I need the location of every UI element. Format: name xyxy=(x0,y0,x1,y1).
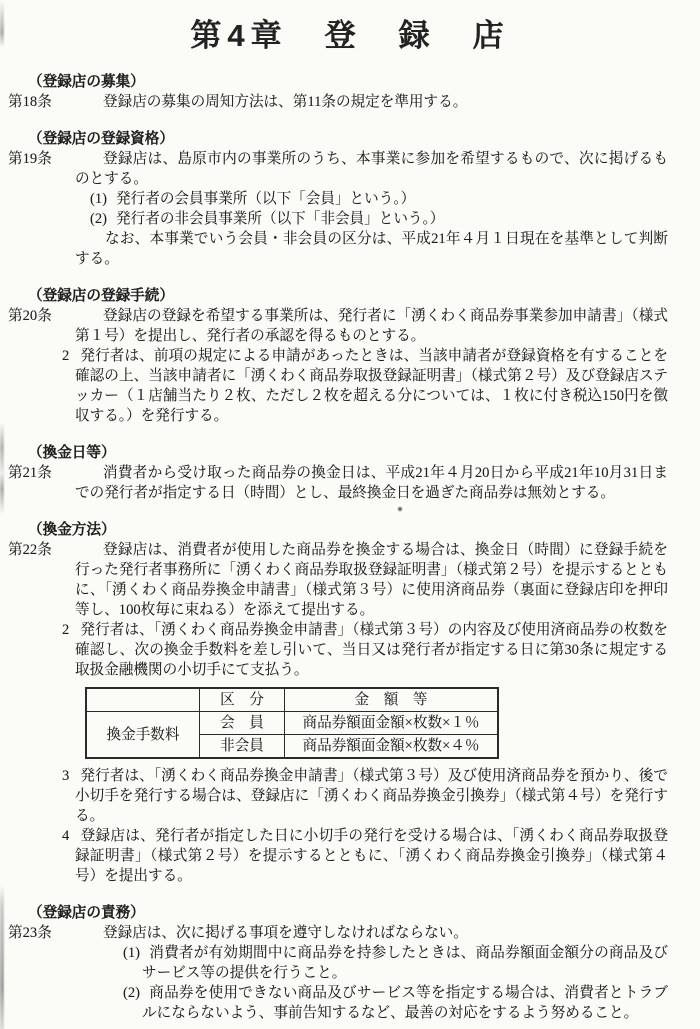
table-row-label: 換金手数料 xyxy=(86,712,200,759)
subparagraph-text: 発行者は、前項の規定による申請があったときは、当該申請者が登録資格を有することを… xyxy=(75,348,668,424)
article-body: 登録店は、島原市内の事業所のうち、本事業に参加を希望するもので、次に掲げるものと… xyxy=(75,149,668,269)
article-22: 第22条 登録店は、消費者が使用した商品券を換金する場合は、換金日（時間）に登録… xyxy=(0,540,700,886)
scan-artifact-dot xyxy=(398,507,402,511)
item-number: (2) xyxy=(123,985,140,1001)
paragraph: 登録店の募集の周知方法は、第11条の規定を準用する。 xyxy=(75,92,668,112)
table-cell-amount: 商品券額面金額×枚数×１％ xyxy=(285,712,499,735)
section-heading: （登録店の募集） xyxy=(28,72,700,92)
item-text: 発行者の会員事業所（以下「会員」という。） xyxy=(116,191,415,207)
article-19: 第19条 登録店は、島原市内の事業所のうち、本事業に参加を希望するもので、次に掲… xyxy=(0,149,700,269)
article-body: 登録店は、消費者が使用した商品券を換金する場合は、換金日（時間）に登録手続を行っ… xyxy=(75,540,668,886)
table-row: 換金手数料 会 員 商品券額面金額×枚数×１％ xyxy=(86,712,498,735)
item-text: 消費者が有効期間中に商品券を持参したときは、商品券額面金額分の商品及びサービス等… xyxy=(142,945,668,981)
document-page: 第4章 登 録 店 （登録店の募集） 第18条 登録店の募集の周知方法は、第11… xyxy=(0,0,700,1029)
paragraph: 登録店は、島原市内の事業所のうち、本事業に参加を希望するもので、次に掲げるものと… xyxy=(75,149,668,189)
article-body: 登録店の登録を希望する事業所は、発行者に「湧くわく商品券事業参加申請書」（様式第… xyxy=(75,306,668,426)
item-number: (1) xyxy=(123,945,140,961)
list-item: (1)発行者の会員事業所（以下「会員」という。） xyxy=(75,189,668,209)
paragraph: 消費者から受け取った商品券の換金日は、平成21年４月20日から平成21年10月3… xyxy=(75,463,668,503)
subparagraph: 2発行者は、「湧くわく商品券換金申請書」（様式第３号）の内容及び使用済商品券の枚… xyxy=(75,620,668,680)
article-23: 第23条 登録店は、次に掲げる事項を遵守しなければならない。 (1)消費者が有効… xyxy=(0,923,700,1023)
fee-table: 区 分 金 額 等 換金手数料 会 員 商品券額面金額×枚数×１％ 非会員 商品… xyxy=(85,687,499,759)
subparagraph-number: 2 xyxy=(62,622,69,638)
subparagraph: 4登録店は、発行者が指定した日に小切手の発行を受ける場合は、「湧くわく商品券取扱… xyxy=(75,826,668,886)
paragraph: 登録店は、消費者が使用した商品券を換金する場合は、換金日（時間）に登録手続を行っ… xyxy=(75,540,668,620)
list-item: (2)商品券を使用できない商品及びサービス等を指定する場合は、消費者とトラブルに… xyxy=(75,983,668,1023)
article-number: 第23条 xyxy=(8,923,52,943)
subparagraph-text: 発行者は、「湧くわく商品券換金申請書」（様式第３号）及び使用済商品券を預かり、後… xyxy=(75,768,668,824)
paragraph: 登録店の登録を希望する事業所は、発行者に「湧くわく商品券事業参加申請書」（様式第… xyxy=(75,306,668,346)
section-heading: （登録店の登録資格） xyxy=(28,129,700,149)
section-heading: （登録店の登録手続） xyxy=(28,286,700,306)
article-number: 第18条 xyxy=(8,92,52,112)
list-item: (1)消費者が有効期間中に商品券を持参したときは、商品券額面金額分の商品及びサー… xyxy=(75,943,668,983)
section-eligibility: （登録店の登録資格） 第19条 登録店は、島原市内の事業所のうち、本事業に参加を… xyxy=(0,129,700,269)
table-header-row: 区 分 金 額 等 xyxy=(86,688,498,712)
subparagraph-number: 2 xyxy=(62,348,69,364)
table-corner-cell xyxy=(86,688,200,712)
item-number: (1) xyxy=(90,191,107,207)
section-registration-procedure: （登録店の登録手続） 第20条 登録店の登録を希望する事業所は、発行者に「湧くわ… xyxy=(0,286,700,426)
section-obligations: （登録店の責務） 第23条 登録店は、次に掲げる事項を遵守しなければならない。 … xyxy=(0,903,700,1023)
section-recruitment: （登録店の募集） 第18条 登録店の募集の周知方法は、第11条の規定を準用する。 xyxy=(0,72,700,112)
item-text: 商品券を使用できない商品及びサービス等を指定する場合は、消費者とトラブルにならな… xyxy=(142,985,668,1021)
note-paragraph: なお、本事業でいう会員・非会員の区分は、平成21年４月１日現在を基準として判断す… xyxy=(75,229,668,269)
subparagraph: 2発行者は、前項の規定による申請があったときは、当該申請者が登録資格を有すること… xyxy=(75,346,668,426)
section-redemption-method: （換金方法） 第22条 登録店は、消費者が使用した商品券を換金する場合は、換金日… xyxy=(0,520,700,886)
section-redemption-date: （換金日等） 第21条 消費者から受け取った商品券の換金日は、平成21年４月20… xyxy=(0,443,700,503)
article-body: 登録店の募集の周知方法は、第11条の規定を準用する。 xyxy=(75,92,668,112)
article-body: 消費者から受け取った商品券の換金日は、平成21年４月20日から平成21年10月3… xyxy=(75,463,668,503)
article-number: 第22条 xyxy=(8,540,52,560)
table-cell-category: 非会員 xyxy=(200,735,285,759)
subparagraph-number: 4 xyxy=(62,828,69,844)
article-21: 第21条 消費者から受け取った商品券の換金日は、平成21年４月20日から平成21… xyxy=(0,463,700,503)
article-18: 第18条 登録店の募集の周知方法は、第11条の規定を準用する。 xyxy=(0,92,700,112)
subparagraph-text: 登録店は、発行者が指定した日に小切手の発行を受ける場合は、「湧くわく商品券取扱登… xyxy=(75,828,668,884)
paragraph: 登録店は、次に掲げる事項を遵守しなければならない。 xyxy=(75,923,668,943)
subparagraph: 3発行者は、「湧くわく商品券換金申請書」（様式第３号）及び使用済商品券を預かり、… xyxy=(75,766,668,826)
section-heading: （換金方法） xyxy=(28,520,700,540)
subparagraph-text: 発行者は、「湧くわく商品券換金申請書」（様式第３号）の内容及び使用済商品券の枚数… xyxy=(75,622,668,678)
article-body: 登録店は、次に掲げる事項を遵守しなければならない。 (1)消費者が有効期間中に商… xyxy=(75,923,668,1023)
item-text: 発行者の非会員事業所（以下「非会員」という。） xyxy=(116,211,444,227)
table-header-category: 区 分 xyxy=(200,688,285,712)
table-header-amount: 金 額 等 xyxy=(285,688,499,712)
article-20: 第20条 登録店の登録を希望する事業所は、発行者に「湧くわく商品券事業参加申請書… xyxy=(0,306,700,426)
list-item: (2)発行者の非会員事業所（以下「非会員」という。） xyxy=(75,209,668,229)
table-cell-category: 会 員 xyxy=(200,712,285,735)
section-heading: （登録店の責務） xyxy=(28,903,700,923)
item-number: (2) xyxy=(90,211,107,227)
article-number: 第20条 xyxy=(8,306,52,326)
page-title: 第4章 登 録 店 xyxy=(0,0,700,55)
table-cell-amount: 商品券額面金額×枚数×４％ xyxy=(285,735,499,759)
article-number: 第19条 xyxy=(8,149,52,169)
section-heading: （換金日等） xyxy=(28,443,700,463)
article-number: 第21条 xyxy=(8,463,52,483)
subparagraph-number: 3 xyxy=(62,768,69,784)
